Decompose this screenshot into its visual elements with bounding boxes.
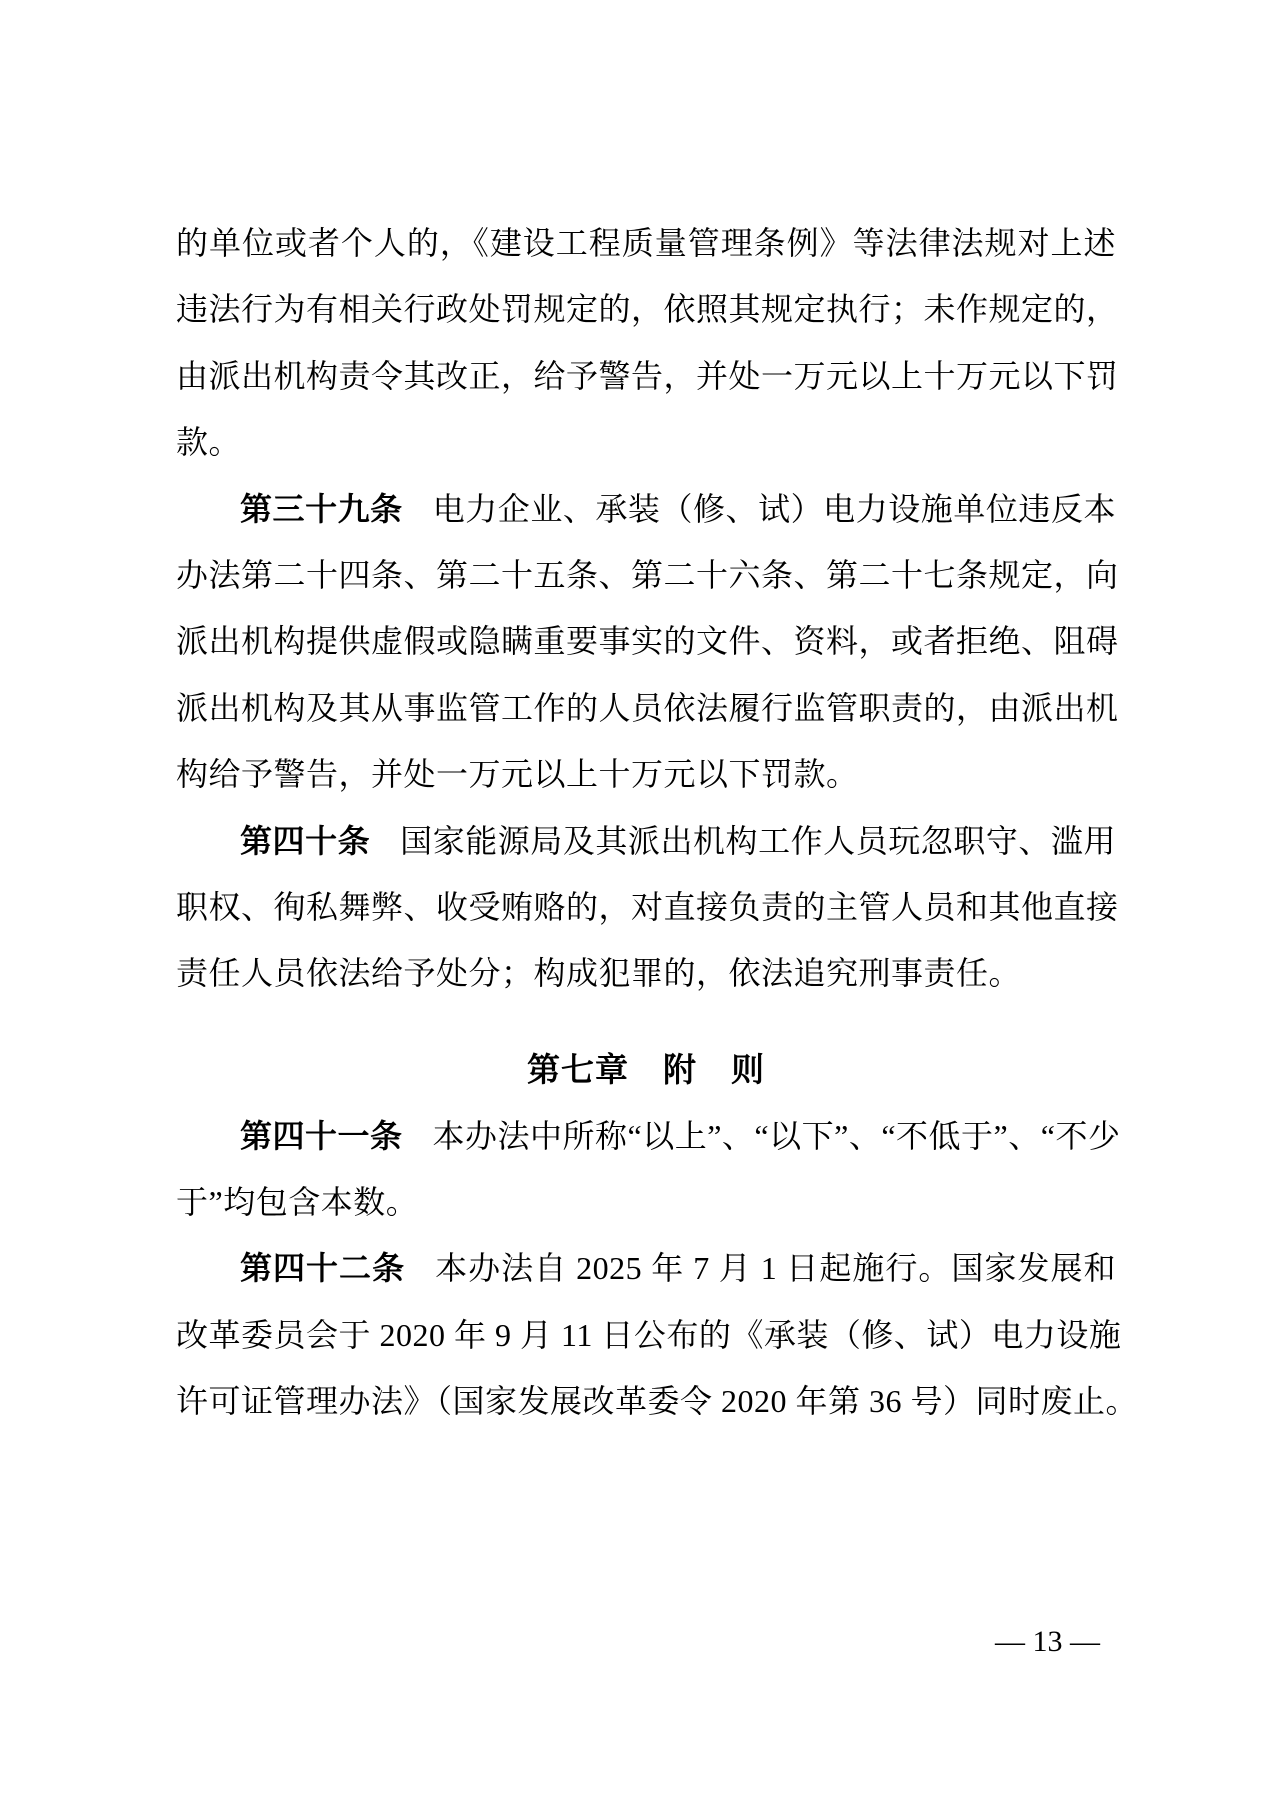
article-number: 第四十一条 [240,1118,403,1154]
line-text: 的单位或者个人的，《建设工程质量管理条例》等法律法规对上述 [176,225,1116,261]
line-text: 办法第二十四条、第二十五条、第二十六条、第二十七条规定，向 [176,557,1119,593]
document-line: 改革委员会于 2020 年 9 月 11 日公布的《承装（修、试）电力设施 [176,1302,1116,1368]
line-text: 本办法中所称“以上”、“以下”、“不低于”、“不少 [433,1118,1121,1154]
document-line: 派出机构及其从事监管工作的人员依法履行监管职责的，由派出机 [176,675,1116,741]
document-body: 的单位或者个人的，《建设工程质量管理条例》等法律法规对上述 违法行为有相关行政处… [176,210,1116,1435]
document-line: 构给予警告，并处一万元以上十万元以下罚款。 [176,741,1116,807]
document-line: 责任人员依法给予处分；构成犯罪的，依法追究刑事责任。 [176,940,1116,1006]
article-number: 第四十条 [240,823,370,859]
line-text: 本办法自 2025 年 7 月 1 日起施行。国家发展和 [435,1250,1116,1286]
chapter-heading: 第七章 附 则 [176,1037,1116,1103]
article-number: 第三十九条 [240,491,403,527]
document-line: 第三十九条电力企业、承装（修、试）电力设施单位违反本 [176,476,1116,542]
document-line: 第四十二条本办法自 2025 年 7 月 1 日起施行。国家发展和 [176,1235,1116,1301]
document-line: 款。 [176,409,1116,475]
document-line: 由派出机构责令其改正，给予警告，并处一万元以上十万元以下罚 [176,343,1116,409]
line-text: 于”均包含本数。 [176,1184,418,1220]
line-text: 款。 [176,424,241,460]
document-line: 职权、徇私舞弊、收受贿赂的，对直接负责的主管人员和其他直接 [176,874,1116,940]
line-text: 职权、徇私舞弊、收受贿赂的，对直接负责的主管人员和其他直接 [176,889,1119,925]
document-line: 的单位或者个人的，《建设工程质量管理条例》等法律法规对上述 [176,210,1116,276]
document-line: 第四十条国家能源局及其派出机构工作人员玩忽职守、滥用 [176,808,1116,874]
document-line: 第四十一条本办法中所称“以上”、“以下”、“不低于”、“不少 [176,1103,1116,1169]
document-line: 办法第二十四条、第二十五条、第二十六条、第二十七条规定，向 [176,542,1116,608]
document-page: { "page": { "number_display": "— 13 —" }… [0,0,1280,1810]
line-text: 许可证管理办法》（国家发展改革委令 2020 年第 36 号）同时废止。 [176,1383,1138,1419]
document-line: 许可证管理办法》（国家发展改革委令 2020 年第 36 号）同时废止。 [176,1368,1116,1434]
line-text: 电力企业、承装（修、试）电力设施单位违反本 [433,491,1116,527]
line-text: 由派出机构责令其改正，给予警告，并处一万元以上十万元以下罚 [176,358,1119,394]
article-number: 第四十二条 [240,1250,405,1286]
line-text: 改革委员会于 2020 年 9 月 11 日公布的《承装（修、试）电力设施 [176,1317,1121,1353]
line-text: 国家能源局及其派出机构工作人员玩忽职守、滥用 [400,823,1116,859]
document-line: 派出机构提供虚假或隐瞒重要事实的文件、资料，或者拒绝、阻碍 [176,608,1116,674]
page-number: — 13 — [0,1616,1116,1668]
document-line: 违法行为有相关行政处罚规定的，依照其规定执行；未作规定的， [176,276,1116,342]
document-line: 于”均包含本数。 [176,1169,1116,1235]
line-text: 派出机构及其从事监管工作的人员依法履行监管职责的，由派出机 [176,690,1119,726]
line-text: 构给予警告，并处一万元以上十万元以下罚款。 [176,756,859,792]
line-text: 派出机构提供虚假或隐瞒重要事实的文件、资料，或者拒绝、阻碍 [176,623,1119,659]
line-text: 违法行为有相关行政处罚规定的，依照其规定执行；未作规定的， [176,291,1119,327]
line-text: 责任人员依法给予处分；构成犯罪的，依法追究刑事责任。 [176,955,1021,991]
